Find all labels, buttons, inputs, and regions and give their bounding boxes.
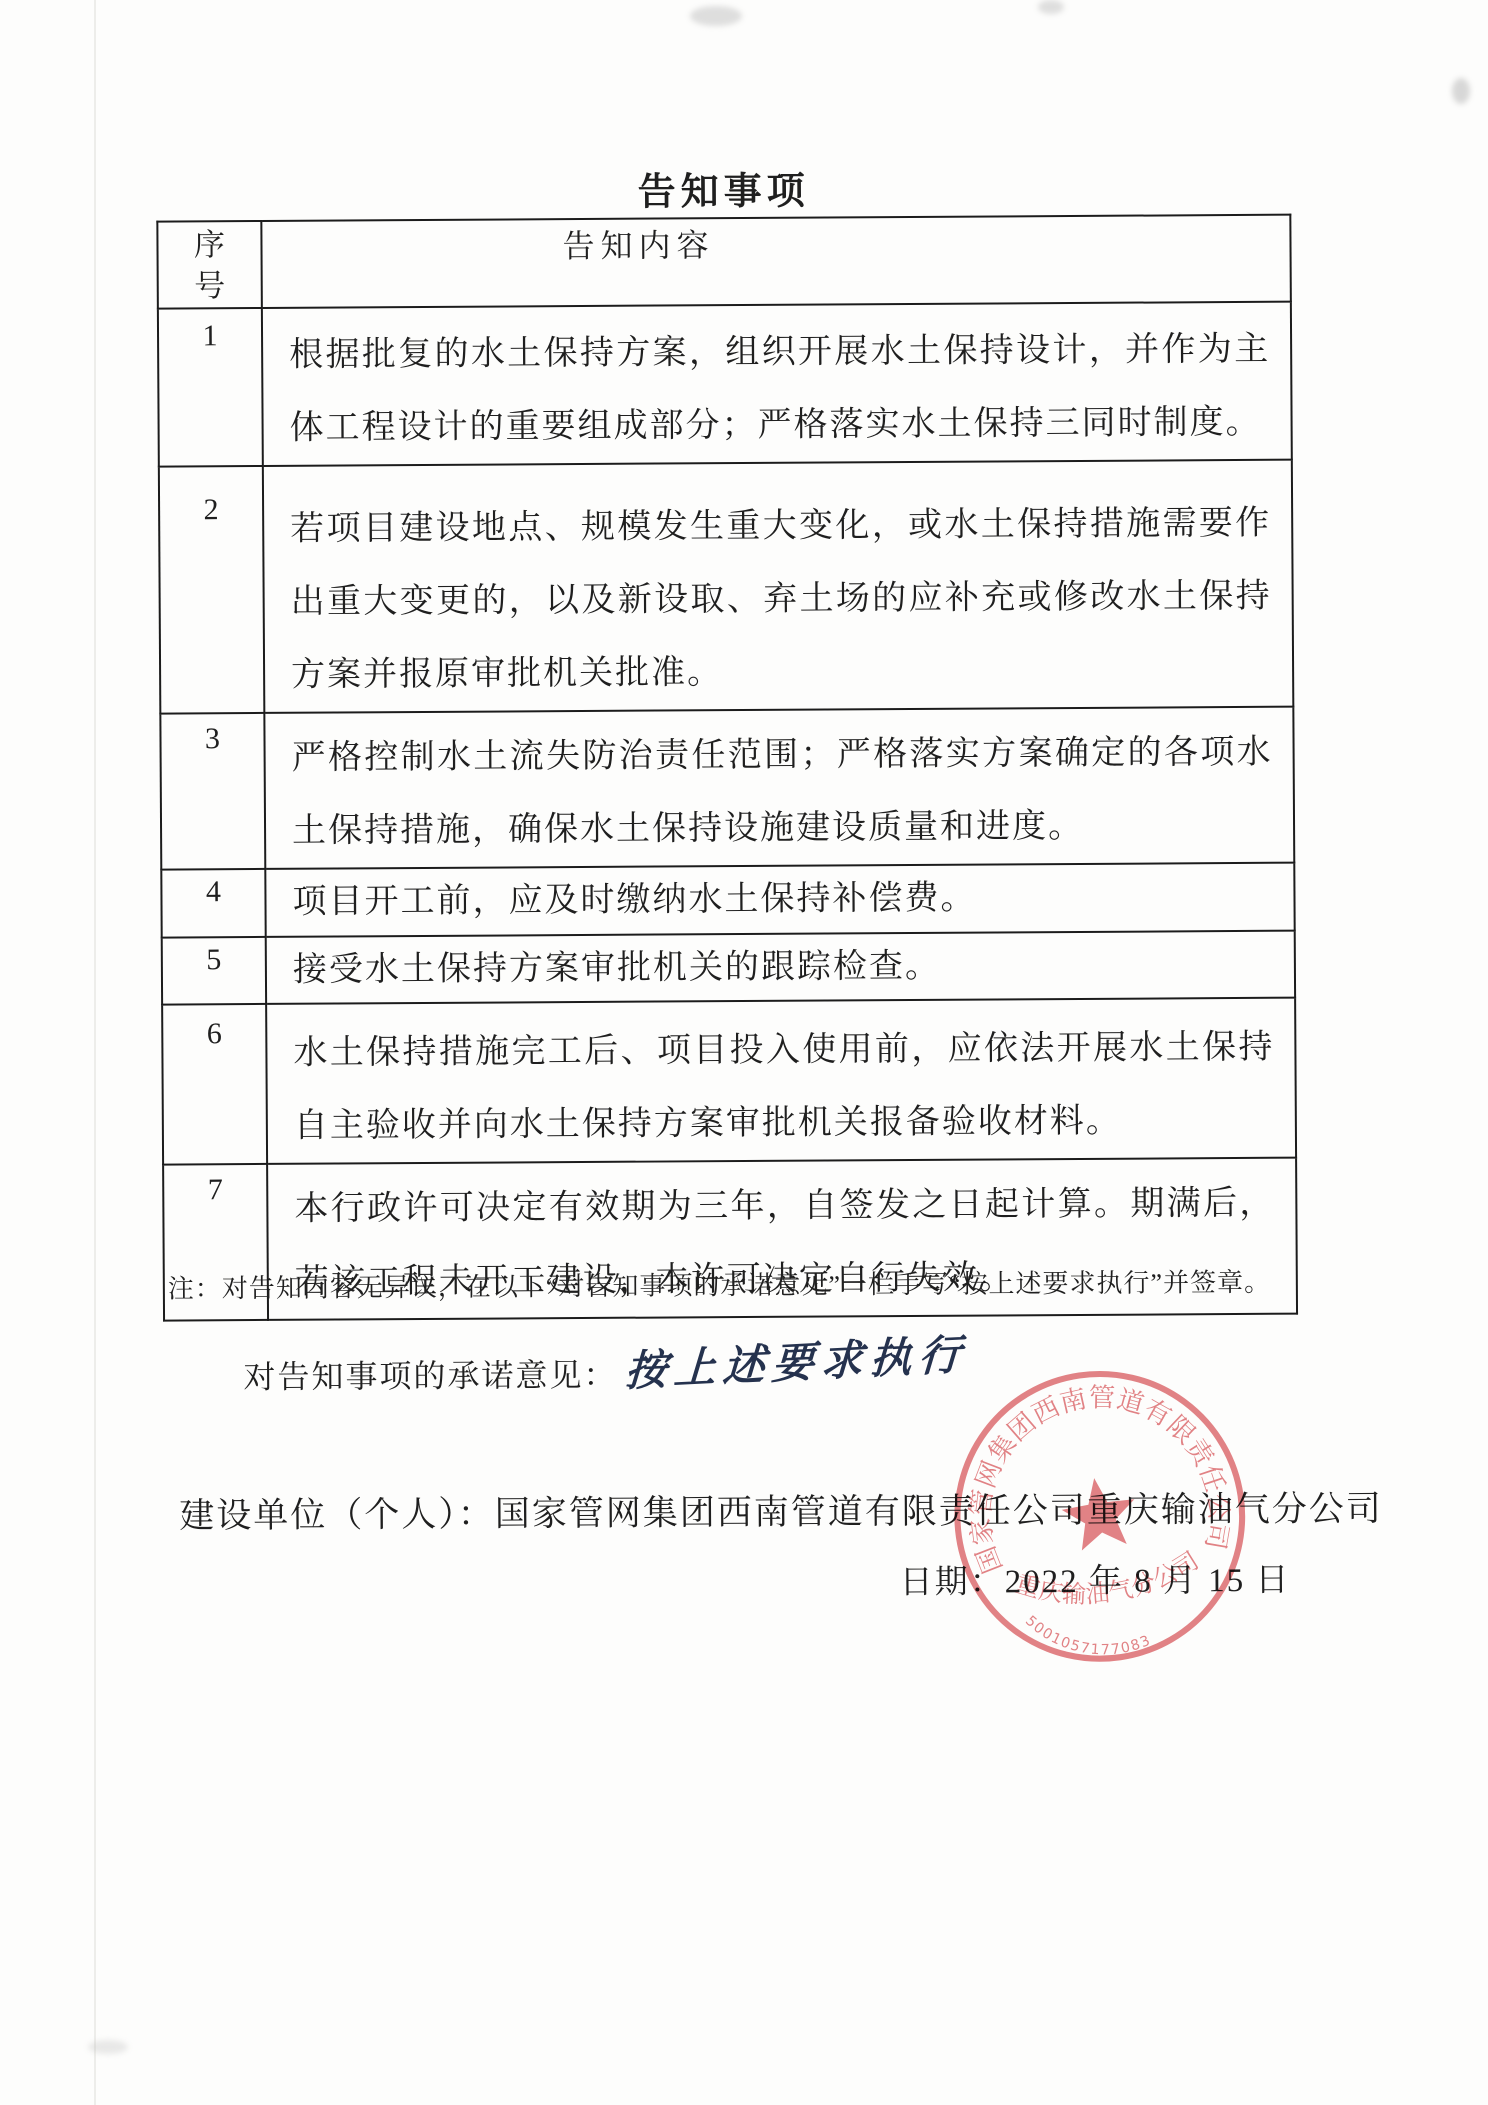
row-number: 5 bbox=[162, 937, 266, 1005]
table-row: 2 若项目建设地点、规模发生重大变化，或水土保持措施需要作出重大变更的，以及新设… bbox=[159, 460, 1293, 714]
table-row: 3 严格控制水土流失防治责任范围；严格落实方案确定的各项水土保持措施，确保水土保… bbox=[160, 707, 1294, 870]
commitment-handwriting: 按上述要求执行 bbox=[624, 1321, 970, 1398]
notice-table: 序号 告知内容 1 根据批复的水土保持方案，组织开展水土保持设计，并作为主体工程… bbox=[156, 214, 1298, 1322]
note-label: 注： bbox=[168, 1274, 222, 1303]
row-text: 根据批复的水土保持方案，组织开展水土保持设计，并作为主体工程设计的重要组成部分；… bbox=[262, 302, 1292, 466]
table-header-row: 序号 告知内容 bbox=[157, 215, 1291, 309]
construction-unit-line: 建设单位（个人）：国家管网集团西南管道有限责任公司重庆输油气分公司 bbox=[179, 1481, 1429, 1539]
commitment-label: 对告知事项的承诺意见： bbox=[243, 1357, 617, 1395]
commitment-line: 对告知事项的承诺意见：按上述要求执行 bbox=[243, 1335, 1243, 1401]
header-no-label: 序号 bbox=[189, 224, 230, 306]
row-number: 6 bbox=[162, 1004, 267, 1165]
unit-label: 建设单位（个人）： bbox=[179, 1495, 495, 1536]
row-text: 严格控制水土流失防治责任范围；严格落实方案确定的各项水土保持措施，确保水土保持设… bbox=[264, 707, 1294, 869]
svg-text:5001057177083: 5001057177083 bbox=[1021, 1596, 1155, 1669]
unit-value: 国家管网集团西南管道有限责任公司重庆输油气分公司 bbox=[495, 1489, 1383, 1533]
table-row: 6 水土保持措施完工后、项目投入使用前，应依法开展水土保持自主验收并向水土保持方… bbox=[162, 998, 1296, 1165]
date-label: 日期： bbox=[900, 1564, 1005, 1601]
header-cell-no: 序号 bbox=[157, 221, 262, 309]
row-text: 项目开工前，应及时缴纳水土保持补偿费。 bbox=[265, 863, 1294, 937]
page-title: 告知事项 bbox=[156, 157, 1291, 219]
row-number: 3 bbox=[160, 713, 265, 870]
note-text: 对告知内容无异议，在以下“对告知事项的承诺意见”一栏手写“按上述要求执行”并签章… bbox=[222, 1268, 1271, 1303]
table-row: 5 接受水土保持方案审批机关的跟踪检查。 bbox=[162, 931, 1295, 1005]
header-content-label: 告知内容 bbox=[562, 227, 714, 264]
date-line: 日期：2022 年 8 月 15 日 bbox=[900, 1554, 1291, 1603]
table-row: 4 项目开工前，应及时缴纳水土保持补偿费。 bbox=[161, 863, 1294, 938]
seal-number: 5001057177083 bbox=[1021, 1596, 1155, 1669]
document-content: 告知事项 序号 告知内容 1 根据批复的水土保持方案，组织开展水土保持设计，并作… bbox=[0, 0, 1488, 2105]
scanned-document-page: 告知事项 序号 告知内容 1 根据批复的水土保持方案，组织开展水土保持设计，并作… bbox=[0, 0, 1488, 2105]
row-text: 水土保持措施完工后、项目投入使用前，应依法开展水土保持自主验收并向水土保持方案审… bbox=[266, 998, 1296, 1164]
row-number: 2 bbox=[159, 466, 265, 714]
row-number: 1 bbox=[158, 308, 263, 467]
row-number: 4 bbox=[161, 869, 265, 938]
header-cell-content: 告知内容 bbox=[261, 215, 1291, 308]
row-text: 接受水土保持方案审批机关的跟踪检查。 bbox=[266, 931, 1295, 1004]
note-line: 注：对告知内容无异议，在以下“对告知事项的承诺意见”一栏手写“按上述要求执行”并… bbox=[168, 1264, 1348, 1307]
row-text: 若项目建设地点、规模发生重大变化，或水土保持措施需要作出重大变更的，以及新设取、… bbox=[263, 460, 1293, 713]
table-row: 1 根据批复的水土保持方案，组织开展水土保持设计，并作为主体工程设计的重要组成部… bbox=[158, 302, 1292, 467]
date-value: 2022 年 8 月 15 日 bbox=[1005, 1563, 1291, 1601]
